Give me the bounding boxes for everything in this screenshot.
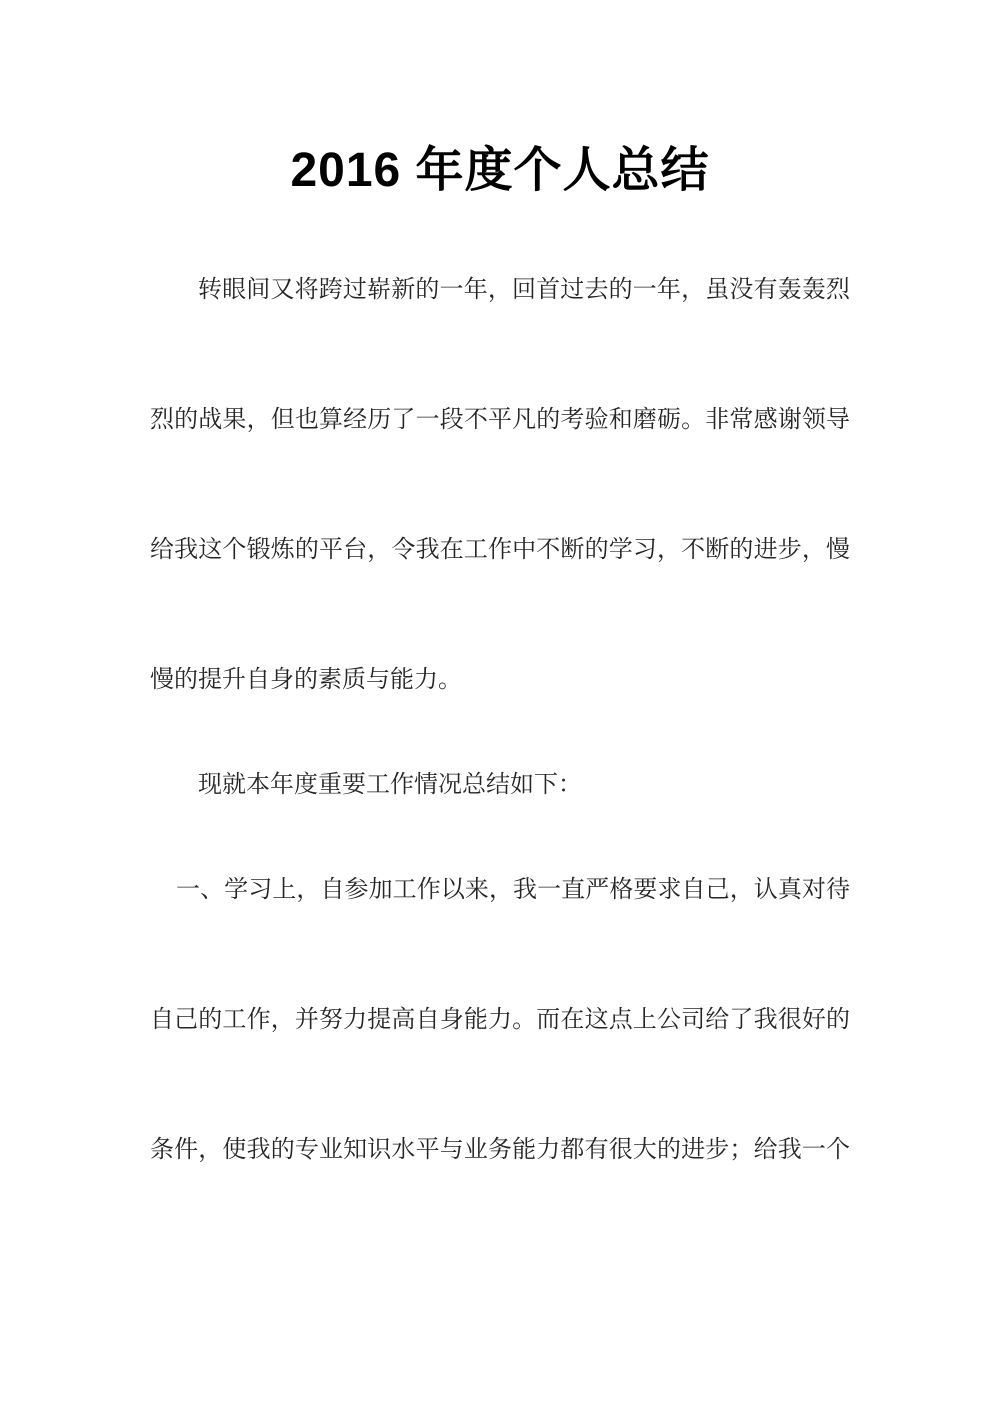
paragraph-line: 烈的战果，但也算经历了一段不平凡的考验和磨砺。非常感谢领导 — [150, 355, 850, 485]
paragraph-line: 给我这个锻炼的平台，令我在工作中不断的学习，不断的进步，慢 — [150, 485, 850, 615]
document-page: 2016 年度个人总结 转眼间又将跨过崭新的一年，回首过去的一年，虽没有轰轰烈 … — [0, 0, 1000, 1415]
paragraph-line: 条件，使我的专业知识水平与业务能力都有很大的进步；给我一个 — [150, 1085, 850, 1215]
paragraph-1: 转眼间又将跨过崭新的一年，回首过去的一年，虽没有轰轰烈 烈的战果，但也算经历了一… — [150, 225, 850, 745]
paragraph-line: 转眼间又将跨过崭新的一年，回首过去的一年，虽没有轰轰烈 — [150, 225, 850, 355]
paragraph-line: 一、学习上，自参加工作以来，我一直严格要求自己，认真对待 — [150, 825, 850, 955]
paragraph-3: 一、学习上，自参加工作以来，我一直严格要求自己，认真对待 自己的工作，并努力提高… — [150, 825, 850, 1215]
document-content: 2016 年度个人总结 转眼间又将跨过崭新的一年，回首过去的一年，虽没有轰轰烈 … — [150, 0, 850, 1215]
document-title: 2016 年度个人总结 — [150, 146, 850, 196]
paragraph-line: 自己的工作，并努力提高自身能力。而在这点上公司给了我很好的 — [150, 955, 850, 1085]
